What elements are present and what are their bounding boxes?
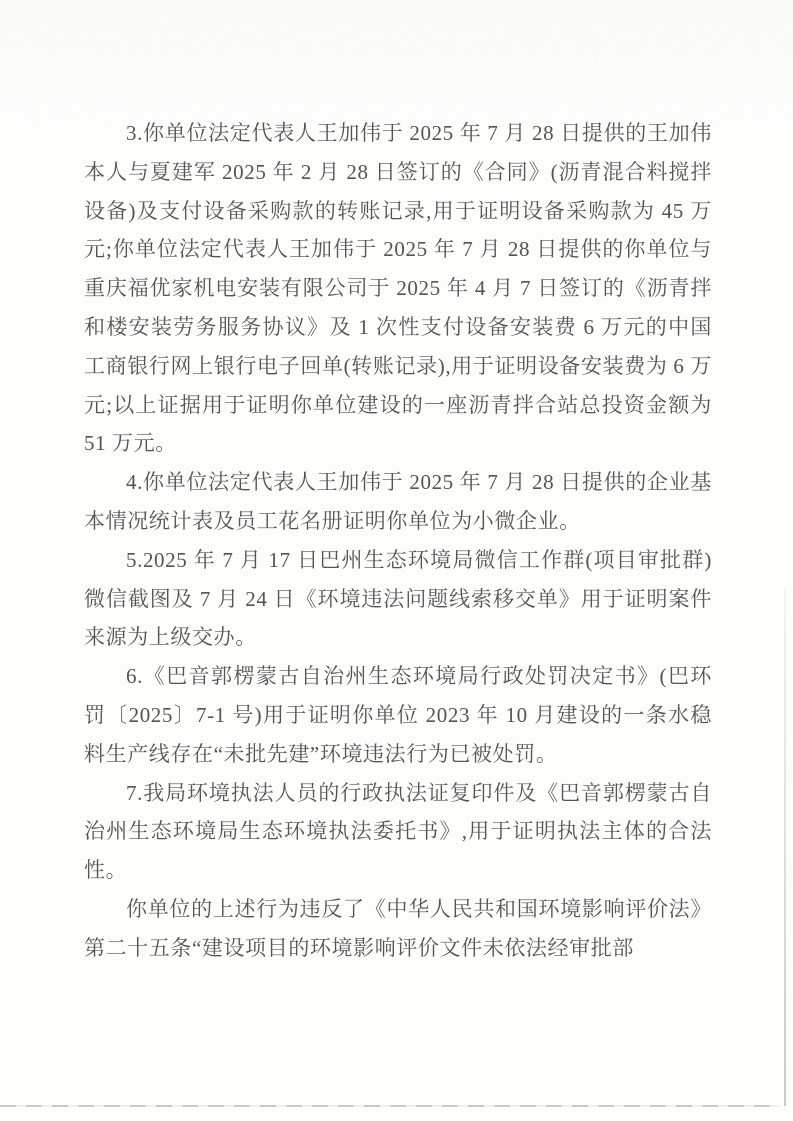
page-bottom-edge-artifact xyxy=(0,1105,780,1107)
scanned-document-screenshot: { "page": { "background_color": "#fdfdfc… xyxy=(0,0,793,1121)
paragraph-evidence-item-7: 7.我局环境执法人员的行政执法证复印件及《巴音郭楞蒙古自治州生态环境局生态环境执… xyxy=(84,774,712,890)
scan-noise-texture xyxy=(0,0,793,128)
page-right-edge-artifact xyxy=(784,588,786,1106)
paragraph-evidence-item-5: 5.2025 年 7 月 17 日巴州生态环境局微信工作群(项目审批群)微信截图… xyxy=(84,541,712,657)
document-body-text: 3.你单位法定代表人王加伟于 2025 年 7 月 28 日提供的王加伟本人与夏… xyxy=(84,114,712,968)
paragraph-violation-statement: 你单位的上述行为违反了《中华人民共和国环境影响评价法》第二十五条“建设项目的环境… xyxy=(84,890,712,968)
paragraph-evidence-item-4: 4.你单位法定代表人王加伟于 2025 年 7 月 28 日提供的企业基本情况统… xyxy=(84,463,712,541)
document-page: 3.你单位法定代表人王加伟于 2025 年 7 月 28 日提供的王加伟本人与夏… xyxy=(0,0,793,1121)
paragraph-evidence-item-6: 6.《巴音郭楞蒙古自治州生态环境局行政处罚决定书》(巴环罚〔2025〕7-1 号… xyxy=(84,657,712,773)
paragraph-evidence-item-3: 3.你单位法定代表人王加伟于 2025 年 7 月 28 日提供的王加伟本人与夏… xyxy=(84,114,712,463)
